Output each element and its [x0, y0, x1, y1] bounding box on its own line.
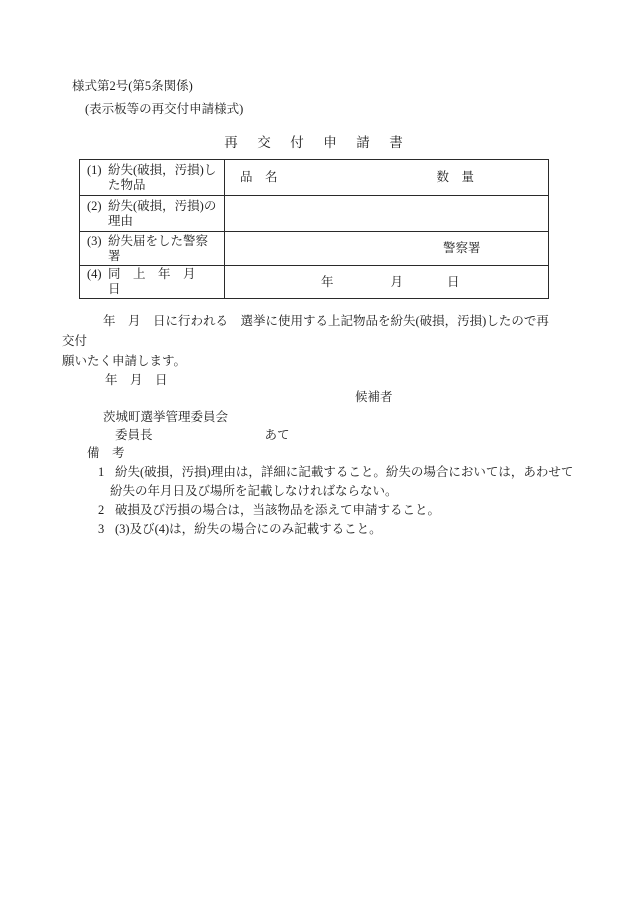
row4-content-cell: 年 月 日 — [225, 266, 549, 299]
notes-list: 1 紛失(破損，汚損)理由は，詳細に記載すること。紛失の場合においては，あわせて… — [98, 463, 630, 539]
note-item-3: 3 (3)及び(4)は，紛失の場合にのみ記載すること。 — [98, 520, 630, 539]
form-number: 様式第2号(第5条関係) — [72, 78, 630, 94]
row1-label-cell: (1) 紛失(破損，汚損)した物品 — [80, 160, 225, 196]
note-item-2: 2 破損及び汚損の場合は，当該物品を添えて申請すること。 — [98, 501, 630, 520]
application-line2: 願いたく申請します。 — [62, 351, 560, 371]
quantity-label: 数 量 — [437, 170, 475, 185]
row3-label-cell: (3) 紛失届をした警察署 — [80, 232, 225, 266]
addressee-suffix: あて — [265, 427, 290, 444]
note1-line1: 紛失(破損，汚損)理由は，詳細に記載すること。紛失の場合においては，あわせて — [115, 465, 573, 479]
addressee-line: 委員長 あて — [115, 427, 630, 444]
note3-number: 3 — [98, 520, 115, 539]
note2-text: 破損及び汚損の場合は，当該物品を添えて申請すること。 — [115, 501, 440, 520]
row3-label: 紛失届をした警察署 — [108, 234, 220, 264]
day-label: 日 — [447, 275, 460, 290]
note1-line2: 紛失の年月日及び場所を記載しなければならない。 — [110, 482, 573, 501]
year-label: 年 — [321, 275, 334, 290]
chairman-label: 委員長 — [115, 427, 153, 444]
row1-number: (1) — [87, 163, 108, 193]
row1-label: 紛失(破損，汚損)した物品 — [108, 163, 220, 193]
committee-name: 茨城町選挙管理委員会 — [103, 409, 630, 426]
row3-number: (3) — [87, 234, 108, 264]
row2-number: (2) — [87, 199, 108, 229]
application-paragraph: 年 月 日に行われる 選挙に使用する上記物品を紛失(破損，汚損)したので再交付 … — [62, 311, 560, 371]
month-label: 月 — [391, 275, 404, 290]
notes-heading: 備 考 — [87, 445, 630, 462]
note1-text: 紛失(破損，汚損)理由は，詳細に記載すること。紛失の場合においては，あわせて 紛… — [115, 463, 573, 501]
row2-label: 紛失(破損，汚損)の理由 — [108, 199, 220, 229]
document-page: 様式第2号(第5条関係) (表示板等の再交付申請様式) 再 交 付 申 請 書 … — [0, 0, 630, 903]
candidate-label: 候補者 — [355, 389, 630, 406]
row4-number: (4) — [87, 267, 108, 297]
note2-number: 2 — [98, 501, 115, 520]
table-row-2: (2) 紛失(破損，汚損)の理由 — [80, 196, 549, 232]
application-line1: 年 月 日に行われる 選挙に使用する上記物品を紛失(破損，汚損)したので再交付 — [62, 311, 560, 351]
form-subtitle: (表示板等の再交付申請様式) — [85, 101, 630, 117]
table-row-4: (4) 同 上 年 月 日 年 月 日 — [80, 266, 549, 299]
row4-label: 同 上 年 月 日 — [108, 267, 220, 297]
note3-text: (3)及び(4)は，紛失の場合にのみ記載すること。 — [115, 520, 382, 539]
row4-label-cell: (4) 同 上 年 月 日 — [80, 266, 225, 299]
table-row-1: (1) 紛失(破損，汚損)した物品 品 名 数 量 — [80, 160, 549, 196]
item-name-label: 品 名 — [240, 170, 278, 185]
row1-content-cell: 品 名 数 量 — [225, 160, 549, 196]
application-table: (1) 紛失(破損，汚損)した物品 品 名 数 量 (2) 紛失(破損，汚損)の… — [79, 159, 549, 299]
row2-label-cell: (2) 紛失(破損，汚損)の理由 — [80, 196, 225, 232]
table-row-3: (3) 紛失届をした警察署 警察署 — [80, 232, 549, 266]
police-station-suffix: 警察署 — [443, 241, 481, 256]
row2-content-cell — [225, 196, 549, 232]
document-title: 再 交 付 申 請 書 — [0, 134, 630, 152]
row3-content-cell: 警察署 — [225, 232, 549, 266]
application-date-line: 年 月 日 — [105, 371, 630, 389]
note-item-1: 1 紛失(破損，汚損)理由は，詳細に記載すること。紛失の場合においては，あわせて… — [98, 463, 630, 501]
